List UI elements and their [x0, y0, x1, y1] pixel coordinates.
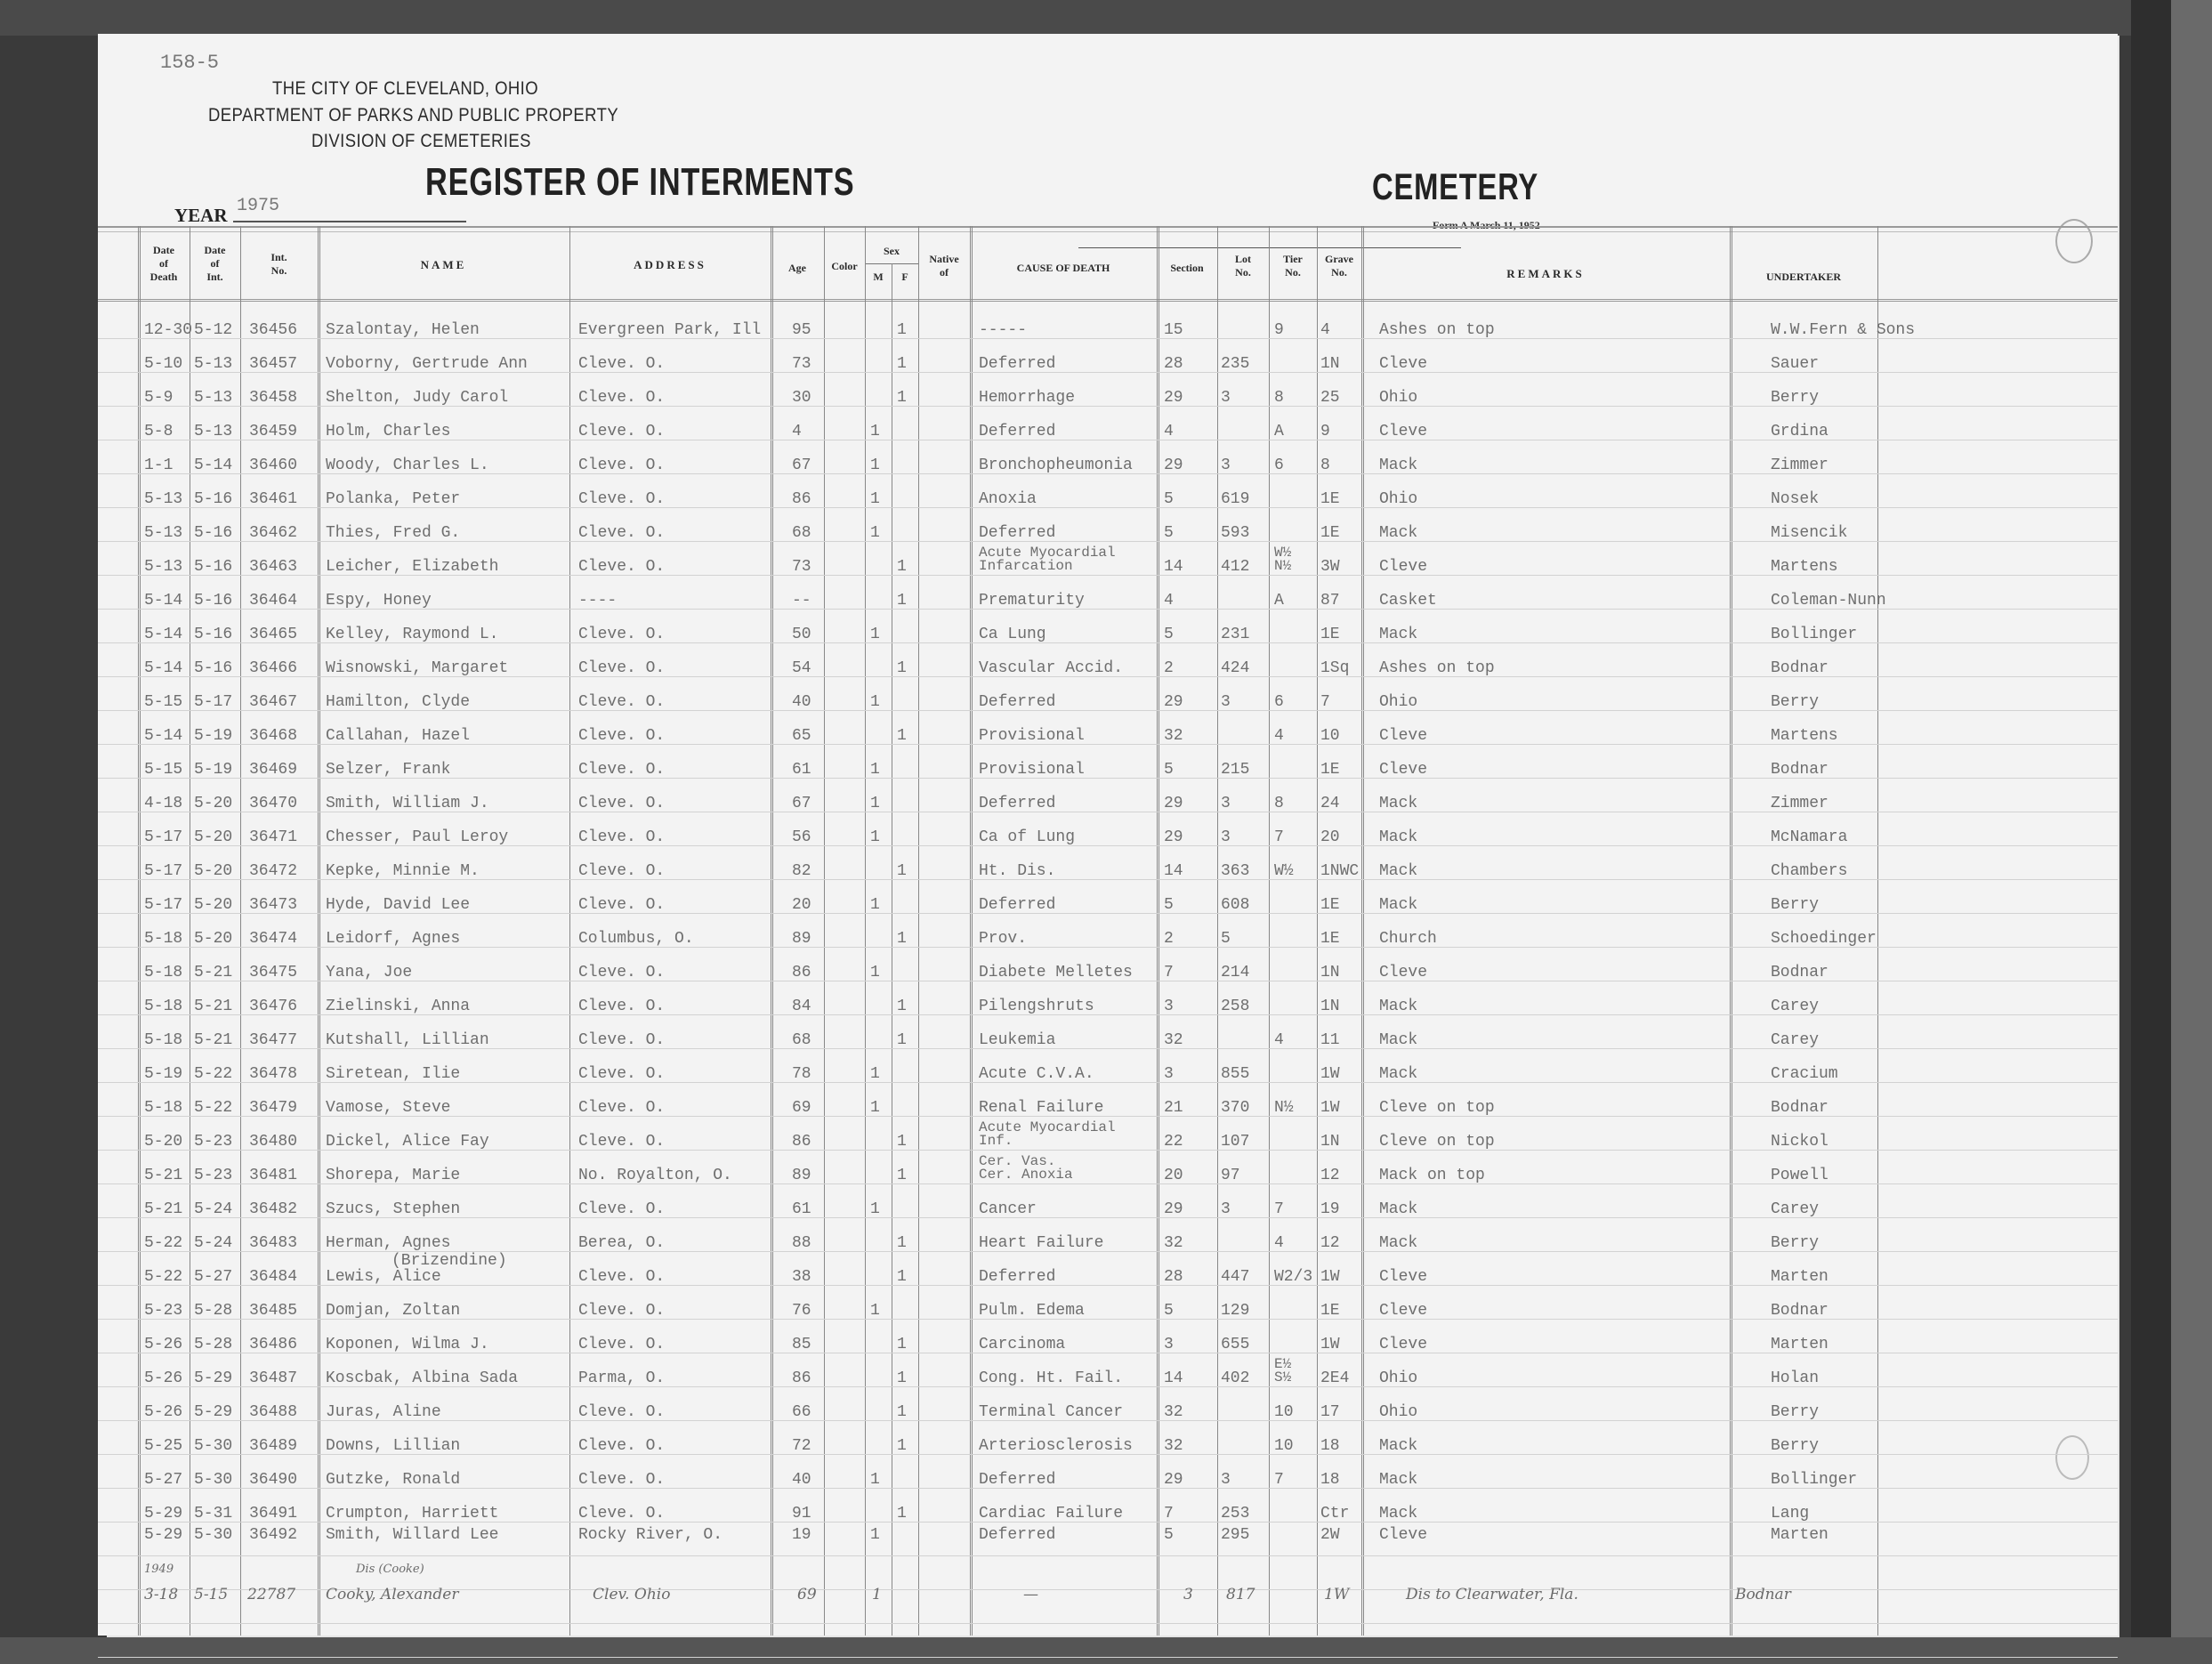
cell-date-of-interment: 5-28: [194, 1303, 232, 1320]
handwritten-name: Cooky, Alexander: [326, 1586, 458, 1603]
cell-undertaker: Carey: [1771, 1032, 1819, 1049]
cell-tier-number: 10: [1274, 1438, 1294, 1455]
cell-section: 32: [1164, 1404, 1183, 1421]
cell-undertaker: Holan: [1771, 1370, 1819, 1387]
cell-cause-of-death: Acute C.V.A.: [979, 1066, 1094, 1083]
cell-address: Cleve. O.: [578, 559, 665, 576]
cell-undertaker: Carey: [1771, 1201, 1819, 1218]
cell-date-of-interment: 5-29: [194, 1370, 232, 1387]
cell-age: 61: [792, 1201, 811, 1218]
handwritten-lot-number: 817: [1226, 1586, 1255, 1603]
cell-section: 4: [1164, 593, 1174, 610]
cell-name: Kelley, Raymond L.: [326, 626, 498, 643]
cell-interment-number: 36459: [249, 424, 297, 440]
cell-cause-of-death: Arteriosclerosis: [979, 1438, 1133, 1455]
cell-remarks: Mack: [1379, 1472, 1417, 1489]
handwritten-address: Clev. Ohio: [593, 1586, 670, 1603]
column-divider: [918, 226, 919, 1636]
cell-remarks: Cleve: [1379, 424, 1427, 440]
cell-cause-of-death: Ca of Lung: [979, 829, 1075, 846]
year-underline: [233, 221, 466, 222]
cell-date-of-interment: 5-16: [194, 626, 232, 643]
cell-date-of-death: 5-14: [144, 593, 182, 610]
cell-lot-number: 3: [1221, 1472, 1231, 1489]
cell-date-of-interment: 5-12: [194, 322, 232, 339]
header-city: THE CITY OF CLEVELAND, OHIO: [272, 78, 538, 100]
cell-grave-number: 1N: [1320, 965, 1340, 981]
cell-address: Cleve. O.: [578, 424, 665, 440]
cell-date-of-death: 1-1: [144, 457, 173, 474]
cell-sex-m: 1: [870, 796, 880, 812]
cell-section: 32: [1164, 1438, 1183, 1455]
cell-date-of-interment: 5-16: [194, 491, 232, 508]
cell-name: Shorepa, Marie: [326, 1167, 460, 1184]
cell-age: 38: [792, 1269, 811, 1286]
cell-interment-number: 36492: [249, 1527, 297, 1544]
cell-date-of-interment: 5-13: [194, 424, 232, 440]
cell-name: Voborny, Gertrude Ann: [326, 356, 528, 373]
cell-name: Wisnowski, Margaret: [326, 660, 508, 677]
cell-address: Cleve. O.: [578, 356, 665, 373]
cell-grave-number: 17: [1320, 1404, 1340, 1421]
cell-age: 73: [792, 559, 811, 576]
cell-section: 5: [1164, 1527, 1174, 1544]
cell-grave-number: 12: [1320, 1167, 1340, 1184]
cemetery-name-line: [1078, 247, 1461, 248]
cell-undertaker: Berry: [1771, 1235, 1819, 1252]
cell-date-of-death: 5-26: [144, 1404, 182, 1421]
handwritten-undertaker: Bodnar: [1735, 1586, 1791, 1603]
cell-address: Evergreen Park, Ill: [578, 322, 761, 339]
cell-date-of-death: 5-23: [144, 1303, 182, 1320]
cell-cause-of-death: Anoxia: [979, 491, 1037, 508]
cell-remarks: Mack: [1379, 863, 1417, 880]
cell-name: Szucs, Stephen: [326, 1201, 460, 1218]
cell-interment-number: 36476: [249, 998, 297, 1015]
cell-tier-number: A: [1274, 424, 1284, 440]
cell-interment-number: 36478: [249, 1066, 297, 1083]
cell-remarks: Mack: [1379, 1235, 1417, 1252]
cell-lot-number: 3: [1221, 829, 1231, 846]
cell-date-of-interment: 5-20: [194, 829, 232, 846]
cell-remarks: Cleve on top: [1379, 1100, 1495, 1117]
header-bottom-border: [98, 299, 2118, 302]
cell-grave-number: 19: [1320, 1201, 1340, 1218]
cell-undertaker: McNamara: [1771, 829, 1847, 846]
cell-undertaker: Marten: [1771, 1527, 1829, 1544]
cell-undertaker: Zimmer: [1771, 796, 1829, 812]
cell-interment-number: 36462: [249, 525, 297, 542]
cell-lot-number: 258: [1221, 998, 1249, 1015]
header-department: DEPARTMENT OF PARKS AND PUBLIC PROPERTY: [208, 105, 618, 126]
cell-remarks: Cleve: [1379, 1337, 1427, 1353]
row-rule: [98, 1555, 2118, 1556]
column-divider: [1730, 226, 1732, 1636]
cell-address: Cleve. O.: [578, 1201, 665, 1218]
cell-sex-m: 1: [870, 1066, 880, 1083]
cell-address: Parma, O.: [578, 1370, 665, 1387]
cell-grave-number: 3W: [1320, 559, 1340, 576]
cell-grave-number: 4: [1320, 322, 1330, 339]
cell-cause-of-death: Deferred: [979, 525, 1055, 542]
cell-cause-of-death: Leukemia: [979, 1032, 1055, 1049]
cell-remarks: Mack: [1379, 1438, 1417, 1455]
cell-age: --: [792, 593, 811, 610]
cell-cause-of-death: Acute Myocardial Infarcation: [979, 546, 1116, 573]
col-lot-no: LotNo.: [1217, 253, 1269, 279]
cell-date-of-death: 5-26: [144, 1337, 182, 1353]
cell-tier-number: 8: [1274, 796, 1284, 812]
cell-sex-m: 1: [870, 965, 880, 981]
col-undertaker: UNDERTAKER: [1730, 271, 1877, 284]
cell-date-of-death: 5-15: [144, 694, 182, 711]
cell-address: Cleve. O.: [578, 1134, 665, 1151]
cell-undertaker: Bodnar: [1771, 1303, 1829, 1320]
cell-sex-m: 1: [870, 1201, 880, 1218]
cell-lot-number: 295: [1221, 1527, 1249, 1544]
cell-interment-number: 36489: [249, 1438, 297, 1455]
cell-date-of-interment: 5-30: [194, 1438, 232, 1455]
cell-cause-of-death: Prov.: [979, 931, 1027, 948]
cell-date-of-interment: 5-17: [194, 694, 232, 711]
cell-sex-f: 1: [897, 322, 907, 339]
cell-section: 5: [1164, 1303, 1174, 1320]
cell-sex-f: 1: [897, 660, 907, 677]
cell-cause-of-death: Acute Myocardial Inf.: [979, 1121, 1116, 1148]
cell-address: Cleve. O.: [578, 762, 665, 779]
cell-remarks: Ohio: [1379, 390, 1417, 407]
cell-cause-of-death: Bronchopheumonia: [979, 457, 1133, 474]
cell-tier-number: 7: [1274, 1201, 1284, 1218]
cell-name: Thies, Fred G.: [326, 525, 460, 542]
cell-section: 29: [1164, 829, 1183, 846]
cell-name: Vamose, Steve: [326, 1100, 450, 1117]
cell-interment-number: 36456: [249, 322, 297, 339]
cell-section: 2: [1164, 931, 1174, 948]
year-value: 1975: [237, 196, 279, 216]
cell-age: 67: [792, 796, 811, 812]
cell-date-of-death: 5-27: [144, 1472, 182, 1489]
cell-date-of-death: 5-21: [144, 1167, 182, 1184]
cell-grave-number: 1E: [1320, 762, 1340, 779]
cell-sex-m: 1: [870, 1472, 880, 1489]
cell-age: 76: [792, 1303, 811, 1320]
table-top-border: [98, 231, 2118, 232]
col-remarks: REMARKS: [1361, 267, 1730, 280]
cell-name: Kepke, Minnie M.: [326, 863, 480, 880]
cell-tier-number: W½ N½: [1274, 546, 1291, 573]
cell-grave-number: 1N: [1320, 1134, 1340, 1151]
cell-remarks: Ohio: [1379, 491, 1417, 508]
cell-lot-number: 97: [1221, 1167, 1240, 1184]
cell-remarks: Mack: [1379, 626, 1417, 643]
cell-cause-of-death: Deferred: [979, 1472, 1055, 1489]
cell-name: Szalontay, Helen: [326, 322, 480, 339]
cell-section: 5: [1164, 525, 1174, 542]
cell-section: 21: [1164, 1100, 1183, 1117]
cell-age: 91: [792, 1506, 811, 1523]
column-divider: [138, 226, 141, 1636]
cell-interment-number: 36485: [249, 1303, 297, 1320]
cell-undertaker: Bodnar: [1771, 965, 1829, 981]
cell-age: 86: [792, 1370, 811, 1387]
cell-address: Cleve. O.: [578, 1066, 665, 1083]
cell-undertaker: Martens: [1771, 559, 1838, 576]
cell-name: Hyde, David Lee: [326, 897, 470, 914]
cell-lot-number: 215: [1221, 762, 1249, 779]
column-divider: [318, 226, 320, 1636]
cell-lot-number: 3: [1221, 796, 1231, 812]
cell-remarks: Mack: [1379, 998, 1417, 1015]
cell-undertaker: Cracium: [1771, 1066, 1838, 1083]
cell-date-of-death: 5-8: [144, 424, 173, 440]
column-divider: [771, 226, 773, 1636]
cell-date-of-interment: 5-16: [194, 525, 232, 542]
cell-cause-of-death: Vascular Accid.: [979, 660, 1123, 677]
cell-age: 68: [792, 1032, 811, 1049]
cell-grave-number: 87: [1320, 593, 1340, 610]
cell-cause-of-death: Cong. Ht. Fail.: [979, 1370, 1123, 1387]
cell-sex-f: 1: [897, 1337, 907, 1353]
cell-name: Crumpton, Harriett: [326, 1506, 498, 1523]
cell-name: Holm, Charles: [326, 424, 450, 440]
cell-cause-of-death: Deferred: [979, 796, 1055, 812]
cell-address: Cleve. O.: [578, 965, 665, 981]
cell-interment-number: 36486: [249, 1337, 297, 1353]
cell-section: 32: [1164, 1032, 1183, 1049]
cell-age: 89: [792, 931, 811, 948]
cell-remarks: Cleve: [1379, 559, 1427, 576]
cell-address: Cleve. O.: [578, 1269, 665, 1286]
cell-sex-f: 1: [897, 863, 907, 880]
cell-address: Cleve. O.: [578, 1100, 665, 1117]
cell-undertaker: Martens: [1771, 728, 1838, 745]
cell-name: Zielinski, Anna: [326, 998, 470, 1015]
cell-grave-number: 1E: [1320, 1303, 1340, 1320]
cell-age: 61: [792, 762, 811, 779]
column-divider: [569, 226, 570, 1636]
cell-date-of-death: 5-14: [144, 626, 182, 643]
cell-remarks: Ashes on top: [1379, 322, 1495, 339]
cell-grave-number: 18: [1320, 1472, 1340, 1489]
cell-date-of-interment: 5-19: [194, 762, 232, 779]
cell-sex-f: 1: [897, 1032, 907, 1049]
cell-age: 4: [792, 424, 802, 440]
cell-tier-number: W½: [1274, 863, 1294, 880]
cell-interment-number: 36469: [249, 762, 297, 779]
cell-date-of-interment: 5-20: [194, 931, 232, 948]
cell-grave-number: 1Sq: [1320, 660, 1349, 677]
cell-interment-number: 36467: [249, 694, 297, 711]
cell-name: Smith, William J.: [326, 796, 489, 812]
cell-remarks: Mack: [1379, 1066, 1417, 1083]
cell-grave-number: 1NWC: [1320, 863, 1359, 880]
cell-date-of-interment: 5-13: [194, 390, 232, 407]
cell-age: 66: [792, 1404, 811, 1421]
cell-age: 20: [792, 897, 811, 914]
handwritten-date-of-death: 3-18: [144, 1586, 178, 1603]
column-divider: [1157, 226, 1159, 1636]
cell-date-of-death: 5-9: [144, 390, 173, 407]
cell-sex-m: 1: [870, 491, 880, 508]
cell-name: Herman, Agnes: [326, 1235, 450, 1252]
cell-lot-number: 370: [1221, 1100, 1249, 1117]
cell-grave-number: 1W: [1320, 1066, 1340, 1083]
cell-grave-number: 24: [1320, 796, 1340, 812]
cell-address: Cleve. O.: [578, 457, 665, 474]
row-rule: [98, 1623, 2118, 1624]
column-divider: [1877, 226, 1878, 1636]
cell-remarks: Ohio: [1379, 694, 1417, 711]
col-sex: Sex: [865, 245, 918, 258]
handwritten-section: 3: [1183, 1586, 1193, 1603]
cell-grave-number: 1E: [1320, 491, 1340, 508]
cell-date-of-interment: 5-27: [194, 1269, 232, 1286]
cell-address: Cleve. O.: [578, 390, 665, 407]
cell-interment-number: 36472: [249, 863, 297, 880]
cell-name: Selzer, Frank: [326, 762, 450, 779]
cell-cause-of-death: Ht. Dis.: [979, 863, 1055, 880]
cell-cause-of-death: Diabete Melletes: [979, 965, 1133, 981]
cell-sex-m: 1: [870, 694, 880, 711]
cell-date-of-interment: 5-20: [194, 863, 232, 880]
cell-section: 14: [1164, 863, 1183, 880]
cell-undertaker: Bollinger: [1771, 1472, 1857, 1489]
cell-lot-number: 129: [1221, 1303, 1249, 1320]
cell-grave-number: 1W: [1320, 1337, 1340, 1353]
cell-date-of-interment: 5-22: [194, 1100, 232, 1117]
col-tier-no: TierNo.: [1269, 253, 1317, 279]
cell-age: 40: [792, 694, 811, 711]
cell-address: Cleve. O.: [578, 626, 665, 643]
cell-tier-number: 6: [1274, 457, 1284, 474]
cell-undertaker: Berry: [1771, 694, 1819, 711]
scanner-backdrop-bottom: [0, 1637, 2212, 1664]
cell-age: 95: [792, 322, 811, 339]
cell-grave-number: 1E: [1320, 897, 1340, 914]
cell-sex-f: 1: [897, 356, 907, 373]
cell-cause-of-death: Ca Lung: [979, 626, 1046, 643]
cell-date-of-death: 5-29: [144, 1527, 182, 1544]
cell-date-of-interment: 5-14: [194, 457, 232, 474]
cell-remarks: Mack: [1379, 1506, 1417, 1523]
cell-date-of-interment: 5-31: [194, 1506, 232, 1523]
cell-sex-f: 1: [897, 1167, 907, 1184]
handwritten-cause-of-death: —: [1023, 1586, 1038, 1603]
cell-date-of-interment: 5-20: [194, 897, 232, 914]
cell-section: 5: [1164, 491, 1174, 508]
cell-undertaker: Bodnar: [1771, 762, 1829, 779]
cell-section: 5: [1164, 626, 1174, 643]
cell-age: 82: [792, 863, 811, 880]
cell-age: 65: [792, 728, 811, 745]
cell-sex-m: 1: [870, 1100, 880, 1117]
cell-section: 5: [1164, 762, 1174, 779]
cell-interment-number: 36457: [249, 356, 297, 373]
cell-name: Gutzke, Ronald: [326, 1472, 460, 1489]
column-divider: [970, 226, 973, 1636]
cell-lot-number: 5: [1221, 931, 1231, 948]
cell-sex-f: 1: [897, 1269, 907, 1286]
cell-tier-number: 7: [1274, 1472, 1284, 1489]
cell-age: 72: [792, 1438, 811, 1455]
cell-tier-number: W2/3: [1274, 1269, 1312, 1286]
cell-lot-number: 253: [1221, 1506, 1249, 1523]
handwritten-date-of-interment: 5-15: [194, 1586, 228, 1603]
cell-section: 2: [1164, 660, 1174, 677]
cell-date-of-interment: 5-16: [194, 559, 232, 576]
cell-lot-number: 3: [1221, 390, 1231, 407]
cell-lot-number: 424: [1221, 660, 1249, 677]
handwritten-handwritten-year: 1949: [144, 1563, 174, 1576]
cell-section: 3: [1164, 1337, 1174, 1353]
cell-interment-number: 36482: [249, 1201, 297, 1218]
cell-section: 29: [1164, 390, 1183, 407]
cell-address: Cleve. O.: [578, 1438, 665, 1455]
cell-name: Siretean, Ilie: [326, 1066, 460, 1083]
cell-date-of-interment: 5-21: [194, 1032, 232, 1049]
cell-remarks: Cleve: [1379, 356, 1427, 373]
handwritten-sex-m: 1: [872, 1586, 882, 1603]
cell-undertaker: Sauer: [1771, 356, 1819, 373]
cell-section: 28: [1164, 1269, 1183, 1286]
cell-lot-number: 619: [1221, 491, 1249, 508]
cell-sex-m: 1: [870, 1527, 880, 1544]
col-color: Color: [824, 260, 865, 273]
cell-date-of-death: 5-25: [144, 1438, 182, 1455]
cell-grave-number: 1N: [1320, 998, 1340, 1015]
cell-section: 15: [1164, 322, 1183, 339]
cell-remarks: Cleve: [1379, 1303, 1427, 1320]
cell-cause-of-death: Prematurity: [979, 593, 1085, 610]
cell-grave-number: 18: [1320, 1438, 1340, 1455]
cell-remarks: Mack: [1379, 1032, 1417, 1049]
cell-date-of-interment: 5-22: [194, 1066, 232, 1083]
cell-address: Cleve. O.: [578, 1032, 665, 1049]
cell-date-of-interment: 5-29: [194, 1404, 232, 1421]
cell-tier-number: A: [1274, 593, 1284, 610]
cell-name: Yana, Joe: [326, 965, 412, 981]
cell-name: Callahan, Hazel: [326, 728, 470, 745]
cell-remarks: Cleve: [1379, 1527, 1427, 1544]
cell-name: Chesser, Paul Leroy: [326, 829, 508, 846]
cell-date-of-interment: 5-20: [194, 796, 232, 812]
cell-interment-number: 36466: [249, 660, 297, 677]
cell-lot-number: 402: [1221, 1370, 1249, 1387]
cell-tier-number: 8: [1274, 390, 1284, 407]
cell-undertaker: Nickol: [1771, 1134, 1829, 1151]
cell-grave-number: 2E4: [1320, 1370, 1349, 1387]
cell-grave-number: 7: [1320, 694, 1330, 711]
cell-lot-number: 231: [1221, 626, 1249, 643]
cell-date-of-death: 5-17: [144, 829, 182, 846]
col-sex-f: F: [892, 271, 918, 284]
cell-date-of-death: 5-26: [144, 1370, 182, 1387]
cell-undertaker: Berry: [1771, 390, 1819, 407]
cemetery-label: CEMETERY: [1372, 166, 1538, 208]
cell-lot-number: 447: [1221, 1269, 1249, 1286]
cell-lot-number: 3: [1221, 694, 1231, 711]
cell-date-of-interment: 5-16: [194, 660, 232, 677]
cell-address: Cleve. O.: [578, 1303, 665, 1320]
col-age: Age: [771, 262, 824, 275]
cell-undertaker: Berry: [1771, 1404, 1819, 1421]
cell-date-of-death: 12-30: [144, 322, 192, 339]
cell-grave-number: 1N: [1320, 356, 1340, 373]
cell-date-of-death: 5-19: [144, 1066, 182, 1083]
cell-sex-f: 1: [897, 1370, 907, 1387]
binder-ring-hole: [2055, 1435, 2089, 1480]
